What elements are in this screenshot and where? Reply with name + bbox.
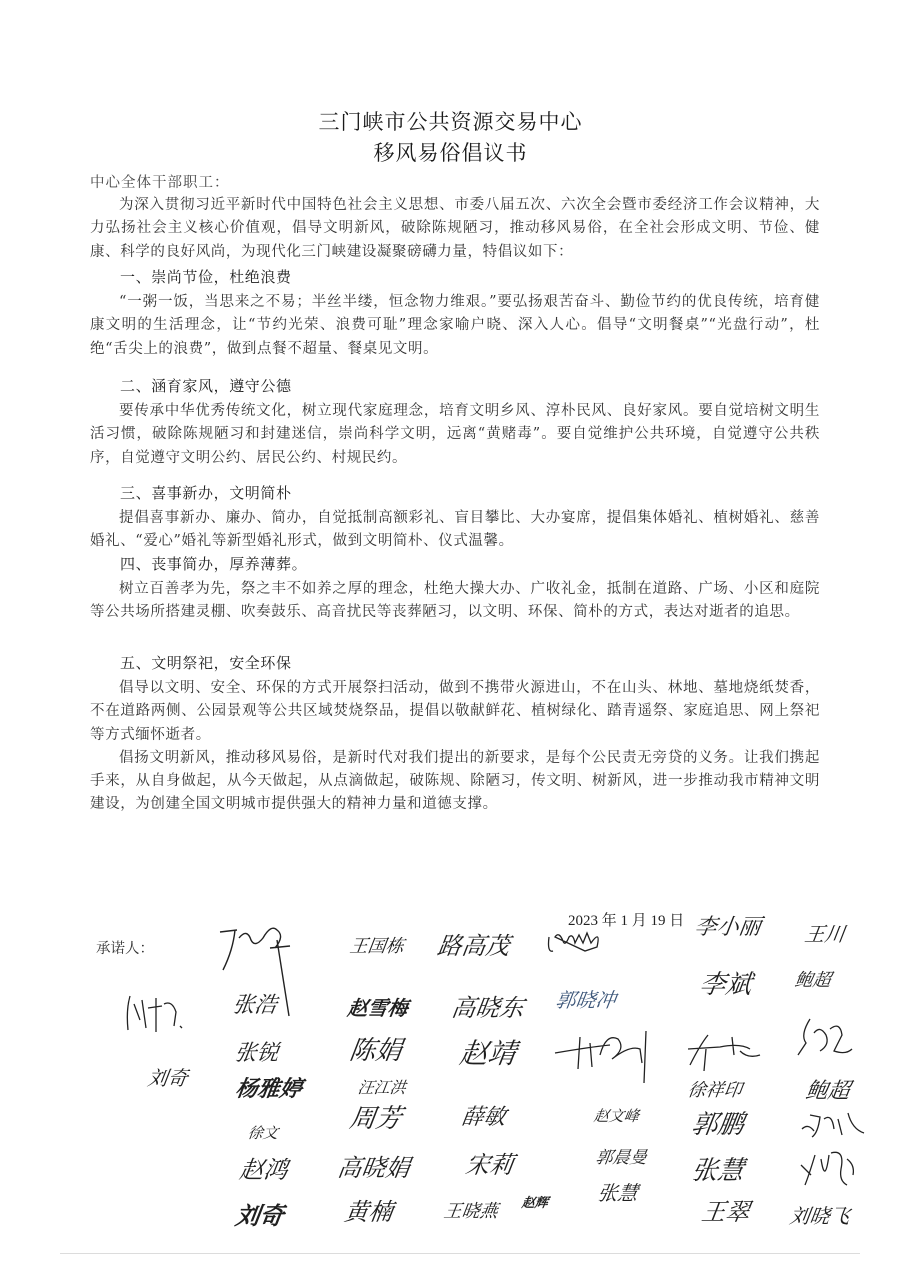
section-5: 五、文明祭祀，安全环保 倡导以文明、安全、环保的方式开展祭扫活动，做到不携带火源… <box>90 650 820 817</box>
signature: 薛敏 <box>460 1100 508 1131</box>
signature: 郭鹏 <box>689 1104 746 1141</box>
signature: 周芳 <box>347 1098 404 1135</box>
section-heading: 四、丧事简办，厚养薄葬。 <box>90 551 820 578</box>
signature-scribble <box>680 1025 770 1075</box>
section-1: 一、崇尚节俭，杜绝浪费 “一粥一饭，当思来之不易；半丝半缕，恒念物力维艰。”要弘… <box>90 264 820 361</box>
signature: 黄楠 <box>343 1192 396 1227</box>
signature-scribble <box>795 1145 865 1195</box>
signature: 李小丽 <box>693 910 763 941</box>
signature: 刘奇 <box>234 1196 287 1231</box>
signature: 陈娟 <box>347 1030 404 1067</box>
section-2: 二、涵育家风，遵守公德 要传承中华优秀传统文化，树立现代家庭理念，培育文明乡风、… <box>90 373 820 470</box>
section-text: “一粥一饭，当思来之不易；半丝半缕，恒念物力维艰。”要弘扬艰苦奋斗、勤俭节约的优… <box>90 291 820 361</box>
signature: 张慧 <box>596 1177 640 1206</box>
signature: 赵靖 <box>457 1032 519 1072</box>
signature: 高晓娟 <box>336 1148 413 1183</box>
salutation: 中心全体干部职工： <box>90 171 230 192</box>
section-heading: 五、文明祭祀，安全环保 <box>90 650 820 677</box>
signature: 赵文峰 <box>593 1105 641 1126</box>
closing-paragraph: 倡扬文明新风，推动移风易俗，是新时代对我们提出的新要求，是每个公民责无旁贷的义务… <box>90 747 820 817</box>
section-text: 要传承中华优秀传统文化，树立现代家庭理念，培育文明乡风、淳朴民风、良好家风。要自… <box>90 400 820 470</box>
signature: 刘奇 <box>146 1062 190 1091</box>
signature: 汪江洪 <box>356 1075 407 1098</box>
intro-paragraph: 为深入贯彻习近平新时代中国特色社会主义思想、市委八届五次、六次全会暨市委经济工作… <box>90 194 820 264</box>
signature: 王国栋 <box>348 932 406 958</box>
document-subtitle: 移风易俗倡议书 <box>0 137 901 167</box>
signature: 赵辉 <box>521 1192 550 1211</box>
signature: 路高茂 <box>436 926 513 961</box>
pledge-label: 承诺人： <box>96 937 154 958</box>
signature: 鲍超 <box>804 1074 852 1105</box>
signature: 张浩 <box>231 988 279 1019</box>
section-text: 倡导以文明、安全、环保的方式开展祭扫活动，做到不携带火源进山，不在山头、林地、墓… <box>90 677 820 747</box>
signature: 郭晨曼 <box>594 1143 649 1168</box>
signature: 高晓东 <box>450 988 527 1023</box>
signature: 赵鸿 <box>238 1150 291 1185</box>
document-title: 三门峡市公共资源交易中心 <box>0 106 901 136</box>
signature-scribble <box>122 990 202 1035</box>
intro-text: 为深入贯彻习近平新时代中国特色社会主义思想、市委八届五次、六次全会暨市委经济工作… <box>90 194 820 264</box>
section-4: 四、丧事简办，厚养薄葬。 树立百善孝为先，祭之丰不如养之厚的理念，杜绝大操大办、… <box>90 551 820 625</box>
signature: 杨雅婷 <box>234 1072 304 1103</box>
signature: 王川 <box>803 918 847 947</box>
signature: 张锐 <box>233 1036 281 1067</box>
signature-scribble <box>545 925 615 960</box>
signature-scribble <box>550 1025 670 1085</box>
signature: 张慧 <box>689 1150 746 1187</box>
signature: 王翠 <box>700 1192 753 1227</box>
signature: 刘晓飞 <box>788 1200 852 1229</box>
bottom-rule <box>60 1253 860 1254</box>
signature: 鲍超 <box>793 966 833 992</box>
signature: 徐文 <box>247 1122 280 1143</box>
signature-scribble <box>798 1105 868 1145</box>
signature: 徐祥印 <box>686 1076 744 1102</box>
signature: 李斌 <box>697 964 754 1001</box>
signature: 郭晓冲 <box>554 984 618 1013</box>
signature-scribble <box>790 1015 860 1065</box>
section-text: 树立百善孝为先，祭之丰不如养之厚的理念，杜绝大操大办、广收礼金，抵制在道路、广场… <box>90 578 820 625</box>
section-text: 提倡喜事新办、廉办、简办，自觉抵制高额彩礼、盲目攀比、大办宴席，提倡集体婚礼、植… <box>90 507 820 554</box>
section-heading: 三、喜事新办，文明简朴 <box>90 480 820 507</box>
section-heading: 一、崇尚节俭，杜绝浪费 <box>90 264 820 291</box>
signature: 赵雪梅 <box>346 992 410 1021</box>
section-heading: 二、涵育家风，遵守公德 <box>90 373 820 400</box>
section-3: 三、喜事新办，文明简朴 提倡喜事新办、廉办、简办，自觉抵制高额彩礼、盲目攀比、大… <box>90 480 820 554</box>
signature: 王晓燕 <box>442 1197 500 1223</box>
signature: 宋莉 <box>464 1145 517 1180</box>
